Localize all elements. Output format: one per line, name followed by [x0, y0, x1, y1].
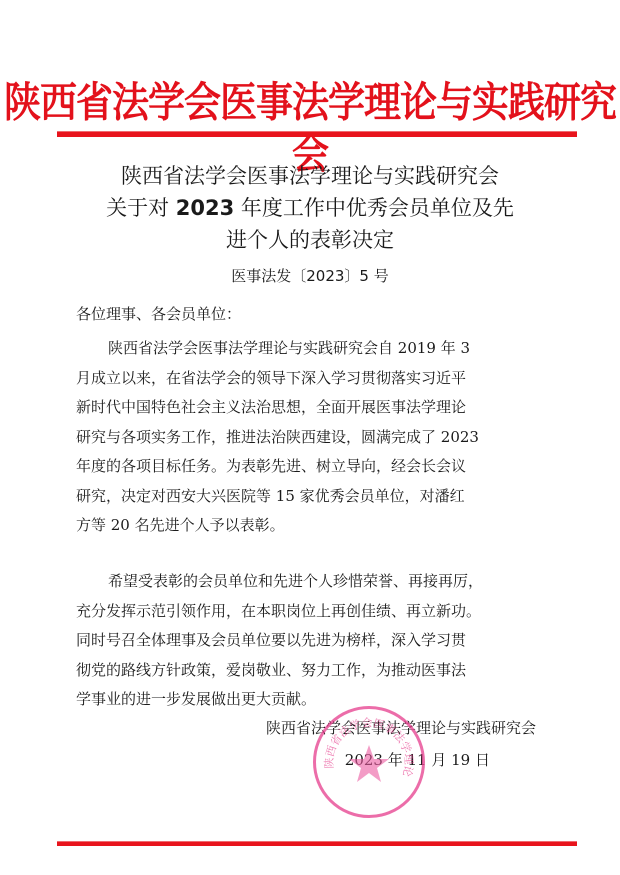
paragraph-line: 月成立以来，在省法学会的领导下深入学习贯彻落实习近平: [76, 364, 536, 394]
paragraph-line: 彻党的路线方针政策，爱岗敬业、努力工作，为推动医事法: [76, 656, 536, 686]
paragraph-line: 研究与各项实务工作，推进法治陕西建设，圆满完成了 2023: [76, 423, 536, 453]
footer-divider: [57, 841, 577, 846]
document-title: 陕西省法学会医事法学理论与实践研究会 关于对 2023 年度工作中优秀会员单位及…: [0, 160, 620, 256]
document-number: 医事法发〔2023〕5 号: [0, 265, 620, 286]
paragraph-line: 希望受表彰的会员单位和先进个人珍惜荣誉、再接再厉，: [76, 567, 536, 597]
body-paragraph-2: 希望受表彰的会员单位和先进个人珍惜荣誉、再接再厉， 充分发挥示范引领作用，在本职…: [76, 567, 536, 715]
paragraph-line: 研究，决定对西安大兴医院等 15 家优秀会员单位，对潘红: [76, 482, 536, 512]
signature-date: 2023 年 11 月 19 日: [0, 749, 620, 770]
paragraph-line: 充分发挥示范引领作用，在本职岗位上再创佳绩、再立新功。: [76, 597, 536, 627]
paragraph-line: 同时号召全体理事及会员单位要以先进为榜样，深入学习贯: [76, 626, 536, 656]
paragraph-line: 新时代中国特色社会主义法治思想，全面开展医事法学理论: [76, 393, 536, 423]
title-line-2-prefix: 关于对: [106, 196, 169, 220]
paragraph-line: 学事业的进一步发展做出更大贡献。: [76, 685, 536, 715]
signature-organization: 陕西省法学会医事法学理论与实践研究会: [0, 717, 620, 738]
letterhead-divider: [57, 131, 577, 137]
body-paragraph-1: 陕西省法学会医事法学理论与实践研究会自 2019 年 3 月成立以来，在省法学会…: [76, 334, 536, 541]
paragraph-line: 陕西省法学会医事法学理论与实践研究会自 2019 年 3: [76, 334, 536, 364]
title-line-3: 进个人的表彰决定: [0, 224, 620, 256]
title-line-2-suffix: 年度工作中优秀会员单位及先: [241, 196, 514, 220]
paragraph-line: 年度的各项目标任务。为表彰先进、树立导向，经会长会议: [76, 452, 536, 482]
paragraph-line: 方等 20 名先进个人予以表彰。: [76, 511, 536, 541]
title-line-2: 关于对 2023 年度工作中优秀会员单位及先: [0, 192, 620, 224]
salutation: 各位理事、各会员单位：: [76, 303, 241, 324]
title-year: 2023: [176, 196, 234, 220]
title-line-1: 陕西省法学会医事法学理论与实践研究会: [0, 160, 620, 192]
